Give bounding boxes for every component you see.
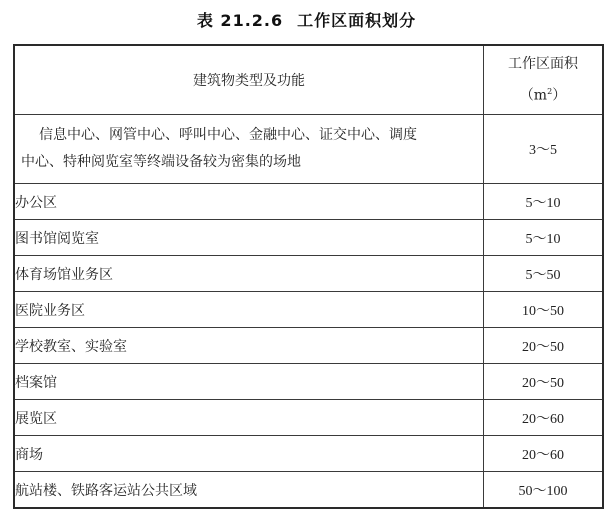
building-type-line1: 信息中心、网管中心、呼叫中心、金融中心、证交中心、调度 (21, 122, 483, 149)
work-area-cell: 20～50 (484, 364, 604, 400)
building-type-cell: 商场 (14, 436, 484, 472)
header-work-area-unit: （m2） (484, 78, 602, 110)
building-type-line2: 中心、特种阅览室等终端设备较为密集的场地 (21, 149, 483, 176)
building-type-cell: 体育场馆业务区 (14, 256, 484, 292)
work-area-cell: 5～10 (484, 184, 604, 220)
work-area-cell: 50～100 (484, 472, 604, 509)
header-row: 建筑物类型及功能 工作区面积 （m2） (14, 45, 603, 115)
work-area-cell: 20～60 (484, 400, 604, 436)
table-row: 医院业务区 10～50 (14, 292, 603, 328)
table-row: 办公区 5～10 (14, 184, 603, 220)
table-number: 表 21.2.6 (197, 11, 283, 30)
building-type-cell: 医院业务区 (14, 292, 484, 328)
work-area-cell: 3～5 (484, 115, 604, 184)
building-type-cell: 办公区 (14, 184, 484, 220)
table-caption: 表 21.2.6工作区面积划分 (0, 8, 613, 31)
table-row: 体育场馆业务区 5～50 (14, 256, 603, 292)
unit-open: （m (520, 88, 547, 104)
work-area-cell: 20～60 (484, 436, 604, 472)
work-area-cell: 5～10 (484, 220, 604, 256)
building-type-cell: 学校教室、实验室 (14, 328, 484, 364)
table-row: 展览区 20～60 (14, 400, 603, 436)
work-area-cell: 20～50 (484, 328, 604, 364)
building-type-cell: 图书馆阅览室 (14, 220, 484, 256)
table-row: 图书馆阅览室 5～10 (14, 220, 603, 256)
table-title: 工作区面积划分 (297, 11, 416, 30)
table-row: 信息中心、网管中心、呼叫中心、金融中心、证交中心、调度 中心、特种阅览室等终端设… (14, 115, 603, 184)
header-work-area-label: 工作区面积 (484, 50, 602, 78)
building-type-cell: 航站楼、铁路客运站公共区域 (14, 472, 484, 509)
building-type-cell: 展览区 (14, 400, 484, 436)
work-area-cell: 5～50 (484, 256, 604, 292)
building-type-cell: 信息中心、网管中心、呼叫中心、金融中心、证交中心、调度 中心、特种阅览室等终端设… (14, 115, 484, 184)
unit-close: ） (552, 88, 566, 104)
work-area-table: 建筑物类型及功能 工作区面积 （m2） 信息中心、网管中心、呼叫中心、金融中心、… (13, 44, 604, 509)
table-row: 航站楼、铁路客运站公共区域 50～100 (14, 472, 603, 509)
building-type-cell: 档案馆 (14, 364, 484, 400)
table-row: 商场 20～60 (14, 436, 603, 472)
header-building-type: 建筑物类型及功能 (14, 45, 484, 115)
table-row: 学校教室、实验室 20～50 (14, 328, 603, 364)
table-row: 档案馆 20～50 (14, 364, 603, 400)
header-work-area: 工作区面积 （m2） (484, 45, 604, 115)
work-area-cell: 10～50 (484, 292, 604, 328)
